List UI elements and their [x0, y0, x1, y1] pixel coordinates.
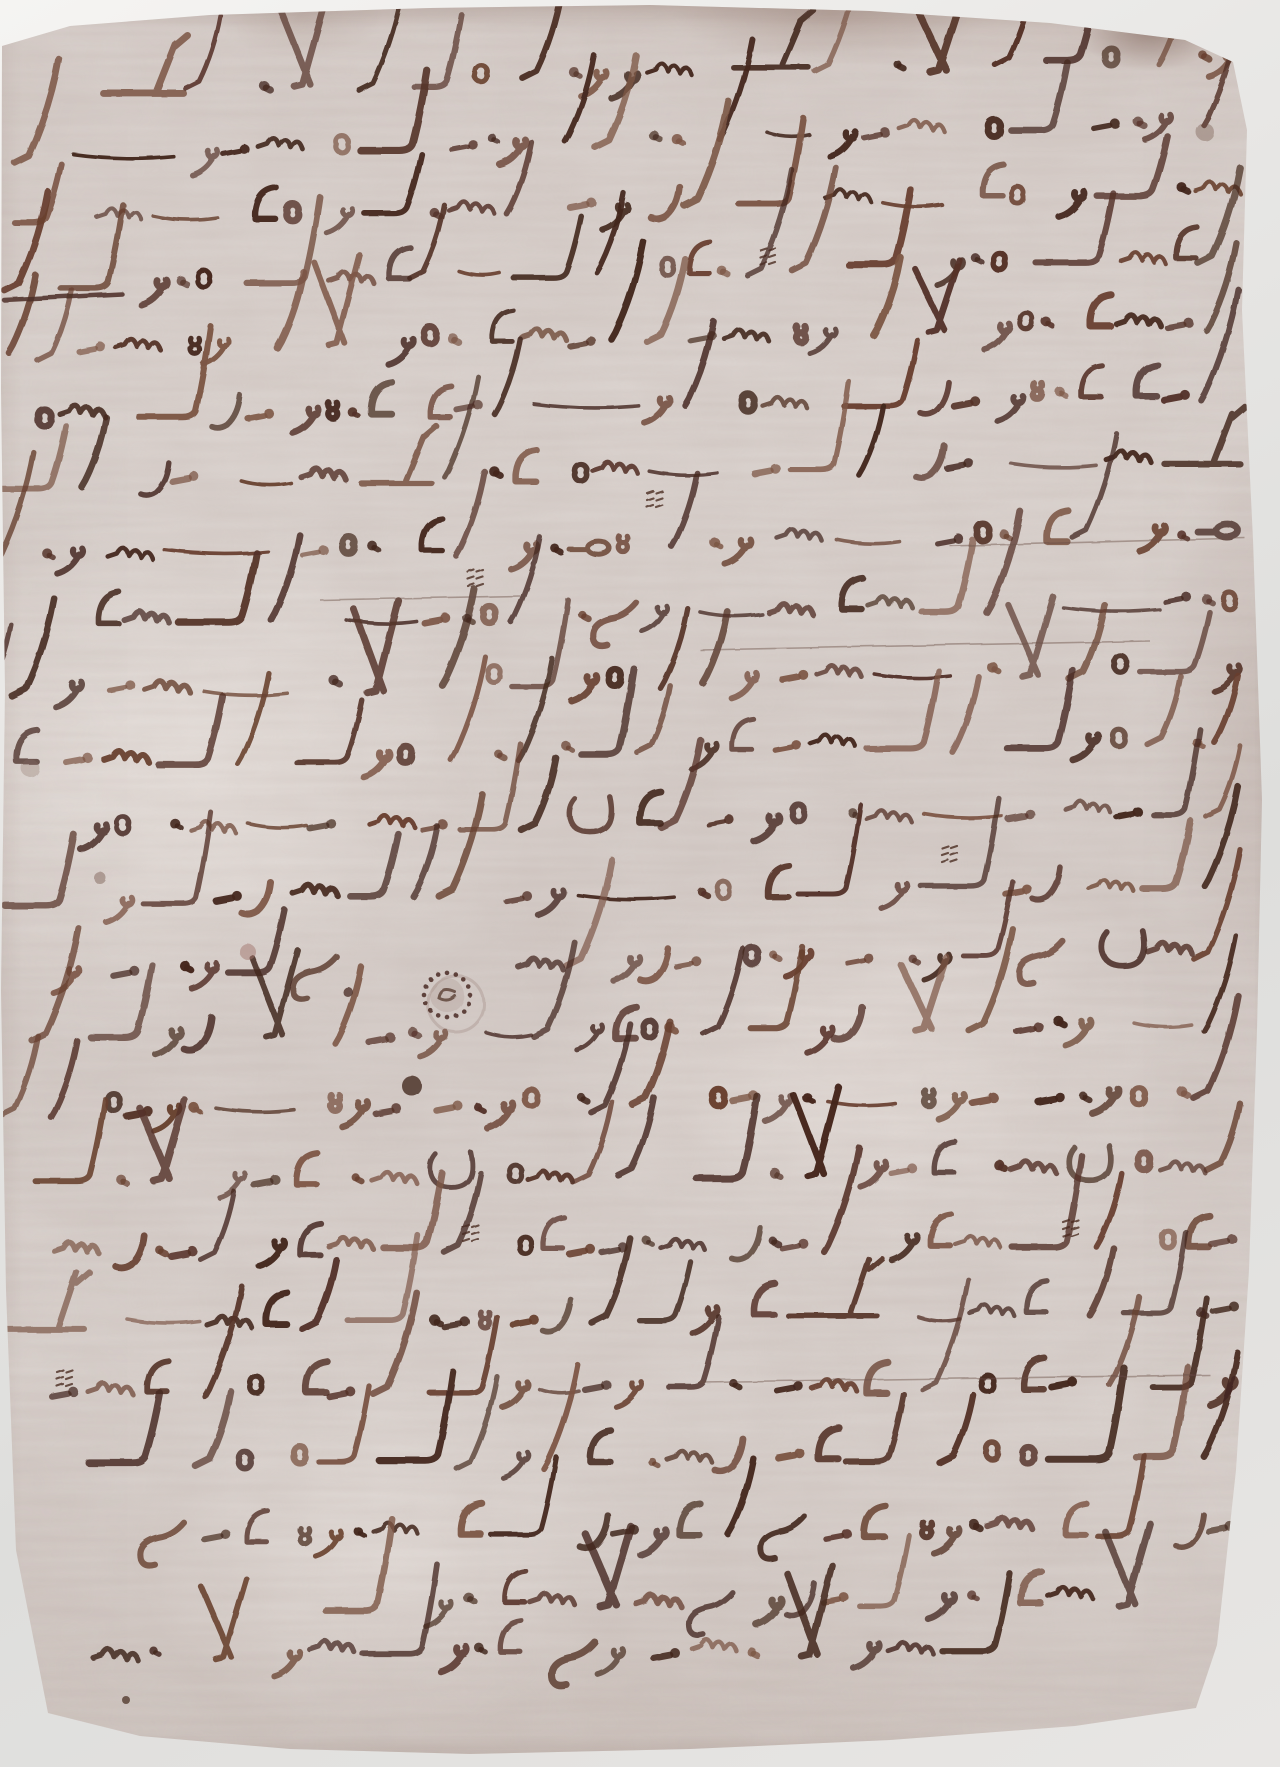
parchment-page: [0, 0, 1280, 1767]
ink-stain: [21, 759, 39, 777]
ink-stain: [402, 1076, 422, 1096]
ink-stain: [94, 872, 106, 884]
calligraphy-layer: [0, 0, 1280, 1767]
manuscript-photo: [0, 0, 1280, 1767]
ink-stain: [240, 944, 256, 960]
ink-stain: [122, 1696, 130, 1704]
ink-stain: [343, 987, 353, 997]
ink-stain: [1196, 123, 1214, 141]
